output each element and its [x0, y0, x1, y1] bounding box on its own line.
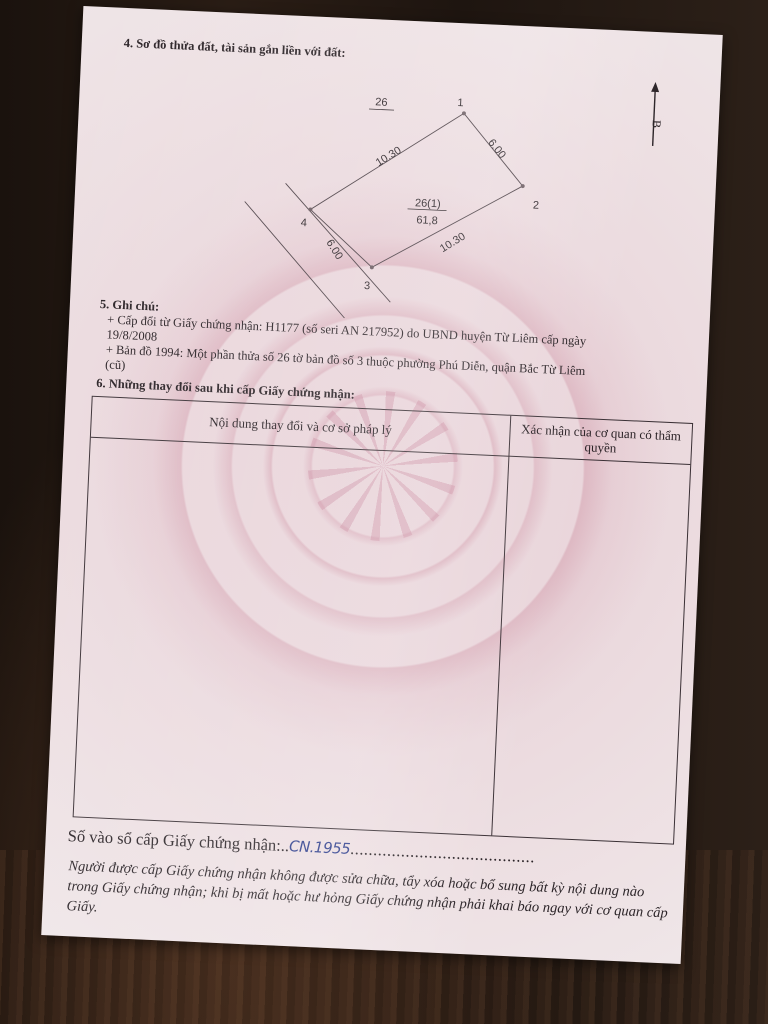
legal-warning-text: Người được cấp Giấy chứng nhận không đượ… — [66, 856, 678, 944]
registration-number-handwritten: CN.1955 — [289, 837, 351, 858]
land-plot-diagram: 26 1 2 3 4 10.30 6.00 10.30 6.00 26(1) 6… — [220, 73, 561, 328]
svg-text:26: 26 — [375, 96, 388, 109]
svg-text:4: 4 — [301, 217, 308, 229]
confirmation-cell — [492, 457, 690, 843]
svg-text:26(1): 26(1) — [415, 197, 441, 210]
svg-text:10.30: 10.30 — [438, 230, 468, 255]
svg-text:61,8: 61,8 — [416, 214, 438, 227]
registration-dots: ........................................ — [350, 839, 536, 866]
table-header-confirmation: Xác nhận của cơ quan có thẩm quyền — [509, 416, 692, 464]
land-certificate-page: 4. Sơ đồ thửa đất, tài sản gắn liền với … — [41, 6, 723, 964]
svg-text:3: 3 — [364, 280, 371, 292]
changes-content-cell — [74, 438, 509, 835]
svg-text:B: B — [649, 120, 663, 129]
north-arrow-icon: B — [637, 79, 670, 150]
section-4-title: 4. Sơ đồ thửa đất, tài sản gắn liền với … — [123, 36, 346, 61]
svg-text:1: 1 — [457, 97, 464, 109]
svg-text:6.00: 6.00 — [323, 237, 345, 262]
svg-text:2: 2 — [533, 200, 540, 212]
svg-text:6.00: 6.00 — [485, 137, 508, 161]
changes-table: Nội dung thay đổi và cơ sở pháp lý Xác n… — [73, 396, 694, 845]
svg-text:10.30: 10.30 — [374, 144, 404, 169]
registration-label: Số vào sổ cấp Giấy chứng nhận:.. — [67, 826, 289, 855]
